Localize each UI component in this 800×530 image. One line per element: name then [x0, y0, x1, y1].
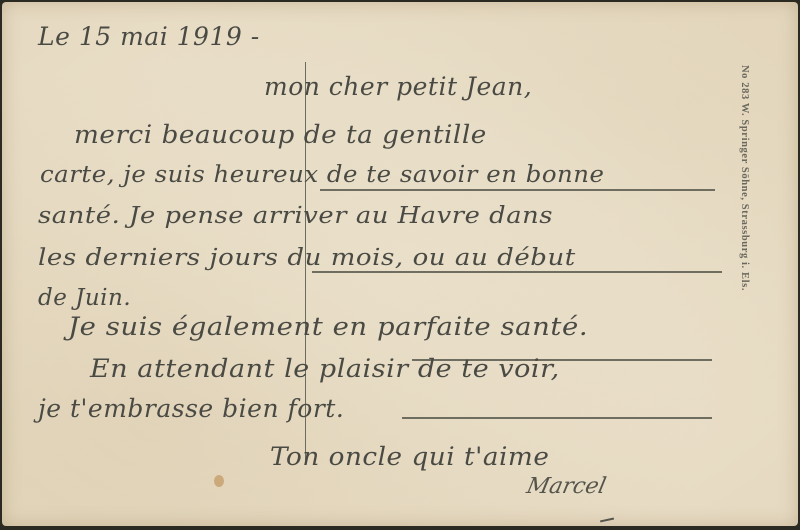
body-line-4: les derniers jours du mois, ou au début — [38, 245, 576, 271]
body-line-3: santé. Je pense arriver au Havre dans — [38, 203, 553, 229]
signature: Marcel — [524, 474, 608, 499]
printer-imprint: No 283 W. Springer Söhne, Strassburg i. … — [739, 65, 750, 291]
body-line-5: de Juin. — [38, 285, 131, 311]
closing-line: Ton oncle qui t'aime — [270, 442, 549, 471]
address-line-4 — [402, 417, 712, 419]
address-line-2 — [312, 271, 722, 273]
signature-underline — [600, 518, 614, 522]
body-line-6: Je suis également en parfaite santé. — [68, 312, 588, 341]
address-line-1 — [320, 189, 715, 191]
body-line-7: En attendant le plaisir de te voir, — [90, 354, 560, 383]
body-line-8: je t'embrasse bien fort. — [38, 394, 344, 423]
paper-stain — [214, 475, 224, 487]
postcard-back: Le 15 mai 1919 - mon cher petit Jean, me… — [2, 2, 798, 526]
date-line: Le 15 mai 1919 - — [38, 22, 260, 51]
body-line-2: carte, je suis heureux de te savoir en b… — [40, 162, 604, 188]
body-line-1: merci beaucoup de ta gentille — [74, 120, 487, 149]
salutation: mon cher petit Jean, — [264, 72, 532, 101]
